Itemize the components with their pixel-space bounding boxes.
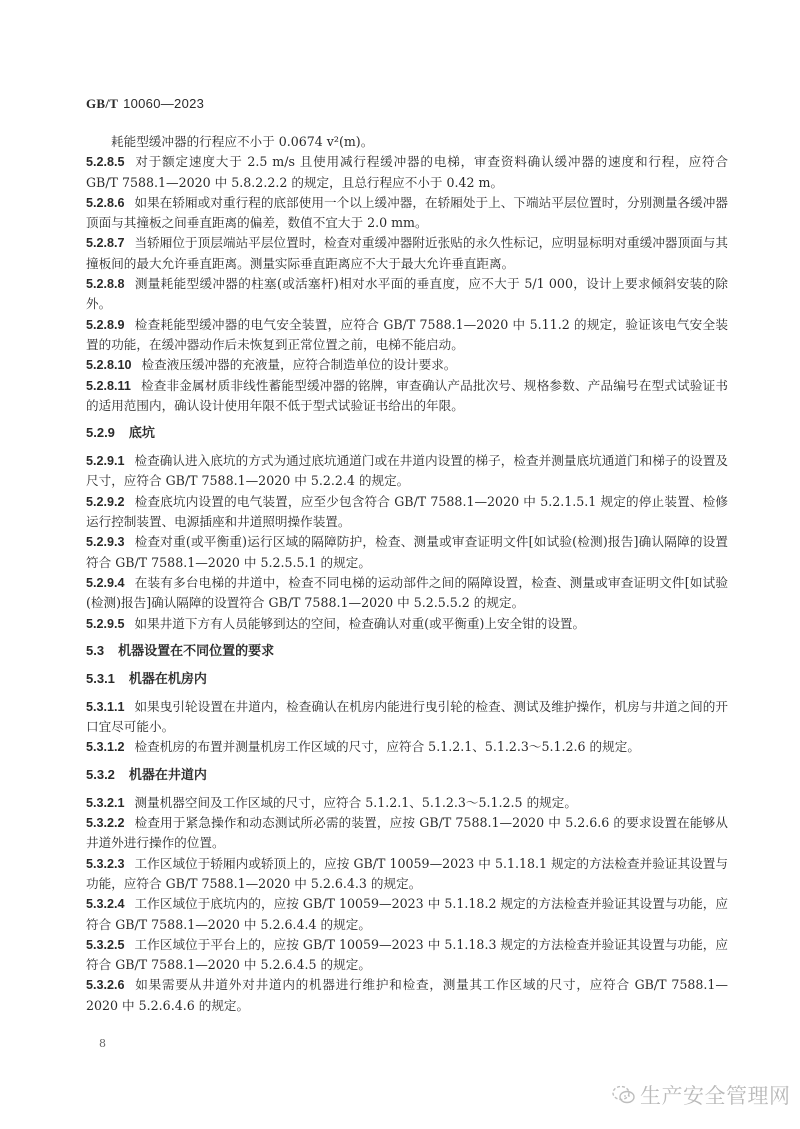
clause-number: 5.3.2.3 xyxy=(86,857,125,871)
section-heading-5-3-2: 5.3.2机器在井道内 xyxy=(86,765,728,785)
clause-5-2-9-1: 5.2.9.1检查确认进入底坑的方式为通过底坑通道门或在井道内设置的梯子，检查并… xyxy=(86,451,728,492)
clause-number: 5.3.2.6 xyxy=(86,978,125,992)
clause-5-3-2-5: 5.3.2.5工作区域位于平台上的，应按 GB/T 10059—2023 中 5… xyxy=(86,935,728,976)
clause-number: 5.3.2.2 xyxy=(86,816,125,830)
clause-number: 5.3.2.4 xyxy=(86,897,125,911)
clause-5-3-1-2: 5.3.1.2检查机房的布置并测量机房工作区域的尺寸，应符合 5.1.2.1、5… xyxy=(86,737,728,757)
clause-5-2-9-5: 5.2.9.5如果井道下方有人员能够到达的空间，检查确认对重(或平衡重)上安全钳… xyxy=(86,614,728,634)
clause-5-2-8-5: 5.2.8.5对于额定速度大于 2.5 m/s 且使用减行程缓冲器的电梯，审查资… xyxy=(86,152,728,193)
clause-number: 5.2.8.11 xyxy=(86,379,131,393)
clause-number: 5.2.9.4 xyxy=(86,576,125,590)
clause-number: 5.2.8.9 xyxy=(86,318,125,332)
clause-number: 5.2.8.7 xyxy=(86,236,125,250)
clause-text: 检查液压缓冲器的充液量，应符合制造单位的设计要求。 xyxy=(142,357,457,372)
clause-5-2-8-9: 5.2.8.9检查耗能型缓冲器的电气安全装置，应符合 GB/T 7588.1—2… xyxy=(86,315,728,356)
clause-number: 5.3.2.1 xyxy=(86,796,125,810)
clause-5-2-9-4: 5.2.9.4在装有多台电梯的井道中，检查不同电梯的运动部件之间的隔障设置，检查… xyxy=(86,573,728,614)
heading-text: 底坑 xyxy=(129,425,155,440)
clause-text: 如果井道下方有人员能够到达的空间，检查确认对重(或平衡重)上安全钳的设置。 xyxy=(135,616,586,631)
watermark-text: 生产安全管理网 xyxy=(640,1080,791,1110)
clause-5-3-2-3: 5.3.2.3工作区域位于轿厢内或轿顶上的，应按 GB/T 10059—2023… xyxy=(86,854,728,895)
clause-text: 如果曳引轮设置在井道内，检查确认在机房内能进行曳引轮的检查、测试及维护操作，机房… xyxy=(86,699,728,734)
heading-number: 5.2.9 xyxy=(86,425,115,440)
heading-text: 机器在机房内 xyxy=(129,671,207,686)
clause-text: 测量机器空间及工作区域的尺寸，应符合 5.1.2.1、5.1.2.3～5.1.2… xyxy=(135,795,577,810)
clause-5-2-8-10: 5.2.8.10检查液压缓冲器的充液量，应符合制造单位的设计要求。 xyxy=(86,355,728,375)
clause-text: 检查机房的布置并测量机房工作区域的尺寸，应符合 5.1.2.1、5.1.2.3～… xyxy=(135,739,640,754)
clause-text: 检查非金属材质非线性蓄能型缓冲器的铭牌，审查确认产品批次号、规格参数、产品编号在… xyxy=(86,378,728,413)
clause-text: 检查确认进入底坑的方式为通过底坑通道门或在井道内设置的梯子，检查并测量底坑通道门… xyxy=(86,453,728,488)
clause-5-3-2-2: 5.3.2.2检查用于紧急操作和动态测试所必需的装置，应按 GB/T 7588.… xyxy=(86,813,728,854)
clause-text: 检查对重(或平衡重)运行区域的隔障防护，检查、测量或审查证明文件[如试验(检测)… xyxy=(86,534,728,569)
clause-5-2-8-7: 5.2.8.7当轿厢位于顶层端站平层位置时，检查对重缓冲器附近张贴的永久性标记，… xyxy=(86,233,728,274)
clause-number: 5.2.9.3 xyxy=(86,535,125,549)
section-heading-5-2-9: 5.2.9底坑 xyxy=(86,423,728,443)
clause-5-3-2-4: 5.3.2.4工作区域位于底坑内的，应按 GB/T 10059—2023 中 5… xyxy=(86,894,728,935)
clause-number: 5.2.8.5 xyxy=(86,155,125,169)
standard-header: GB/T 10060—2023 xyxy=(86,96,204,112)
clause-text: 当轿厢位于顶层端站平层位置时，检查对重缓冲器附近张贴的永久性标记，应明显标明对重… xyxy=(86,235,728,270)
clause-text: 检查用于紧急操作和动态测试所必需的装置，应按 GB/T 7588.1—2020 … xyxy=(86,815,728,850)
clause-number: 5.2.8.6 xyxy=(86,196,125,210)
document-page: GB/T 10060—2023 耗能型缓冲器的行程应不小于 0.0674 v²(… xyxy=(0,0,800,1129)
clause-number: 5.2.8.8 xyxy=(86,277,125,291)
clause-5-3-2-6: 5.3.2.6如果需要从井道外对井道内的机器进行维护和检查，测量其工作区域的尺寸… xyxy=(86,975,728,1016)
heading-text: 机器设置在不同位置的要求 xyxy=(118,643,274,658)
watermark: 生产安全管理网 xyxy=(612,1080,791,1110)
clause-number: 5.2.8.10 xyxy=(86,358,132,372)
heading-text: 机器在井道内 xyxy=(129,767,207,782)
clause-text: 检查耗能型缓冲器的电气安全装置，应符合 GB/T 7588.1—2020 中 5… xyxy=(86,317,728,352)
wechat-icon xyxy=(612,1084,636,1106)
heading-number: 5.3.1 xyxy=(86,671,115,686)
clause-text: 在装有多台电梯的井道中，检查不同电梯的运动部件之间的隔障设置，检查、测量或审查证… xyxy=(86,575,728,610)
clause-5-2-8-11: 5.2.8.11检查非金属材质非线性蓄能型缓冲器的铭牌，审查确认产品批次号、规格… xyxy=(86,376,728,417)
clause-number: 5.2.9.1 xyxy=(86,454,125,468)
clause-5-3-2-1: 5.3.2.1测量机器空间及工作区域的尺寸，应符合 5.1.2.1、5.1.2.… xyxy=(86,793,728,813)
section-heading-5-3-1: 5.3.1机器在机房内 xyxy=(86,669,728,689)
clause-text: 如果在轿厢或对重行程的底部使用一个以上缓冲器，在轿厢处于上、下端站平层位置时，分… xyxy=(86,195,728,230)
clause-5-2-8-6: 5.2.8.6如果在轿厢或对重行程的底部使用一个以上缓冲器，在轿厢处于上、下端站… xyxy=(86,193,728,234)
page-number: 8 xyxy=(99,1037,106,1050)
clause-number: 5.3.1.1 xyxy=(86,700,125,714)
clause-text: 工作区域位于轿厢内或轿顶上的，应按 GB/T 10059—2023 中 5.1.… xyxy=(86,856,728,891)
heading-number: 5.3 xyxy=(86,643,104,658)
document-body: 耗能型缓冲器的行程应不小于 0.0674 v²(m)。 5.2.8.5对于额定速… xyxy=(86,132,728,1016)
paragraph-text: 耗能型缓冲器的行程应不小于 0.0674 v²(m)。 xyxy=(111,134,373,149)
clause-5-3-1-1: 5.3.1.1如果曳引轮设置在井道内，检查确认在机房内能进行曳引轮的检查、测试及… xyxy=(86,697,728,738)
clause-number: 5.3.1.2 xyxy=(86,740,125,754)
clause-text: 如果需要从井道外对井道内的机器进行维护和检查，测量其工作区域的尺寸，应符合 GB… xyxy=(86,977,728,1012)
continuation-paragraph: 耗能型缓冲器的行程应不小于 0.0674 v²(m)。 xyxy=(86,132,728,152)
clause-text: 工作区域位于底坑内的，应按 GB/T 10059—2023 中 5.1.18.2… xyxy=(86,896,728,931)
clause-5-2-9-3: 5.2.9.3检查对重(或平衡重)运行区域的隔障防护，检查、测量或审查证明文件[… xyxy=(86,532,728,573)
clause-text: 检查底坑内设置的电气装置，应至少包含符合 GB/T 7588.1—2020 中 … xyxy=(86,494,728,529)
clause-5-2-9-2: 5.2.9.2检查底坑内设置的电气装置，应至少包含符合 GB/T 7588.1—… xyxy=(86,492,728,533)
clause-text: 对于额定速度大于 2.5 m/s 且使用减行程缓冲器的电梯，审查资料确认缓冲器的… xyxy=(86,154,728,189)
clause-number: 5.3.2.5 xyxy=(86,938,125,952)
clause-text: 工作区域位于平台上的，应按 GB/T 10059—2023 中 5.1.18.3… xyxy=(86,937,728,972)
clause-number: 5.2.9.2 xyxy=(86,495,125,509)
clause-text: 测量耗能型缓冲器的柱塞(或活塞杆)相对水平面的垂直度，应不大于 5/1 000，… xyxy=(86,276,728,311)
section-heading-5-3: 5.3机器设置在不同位置的要求 xyxy=(86,641,728,661)
standard-prefix: GB/T xyxy=(86,96,118,111)
clause-5-2-8-8: 5.2.8.8测量耗能型缓冲器的柱塞(或活塞杆)相对水平面的垂直度，应不大于 5… xyxy=(86,274,728,315)
heading-number: 5.3.2 xyxy=(86,767,115,782)
standard-number: 10060—2023 xyxy=(123,96,204,111)
clause-number: 5.2.9.5 xyxy=(86,617,125,631)
